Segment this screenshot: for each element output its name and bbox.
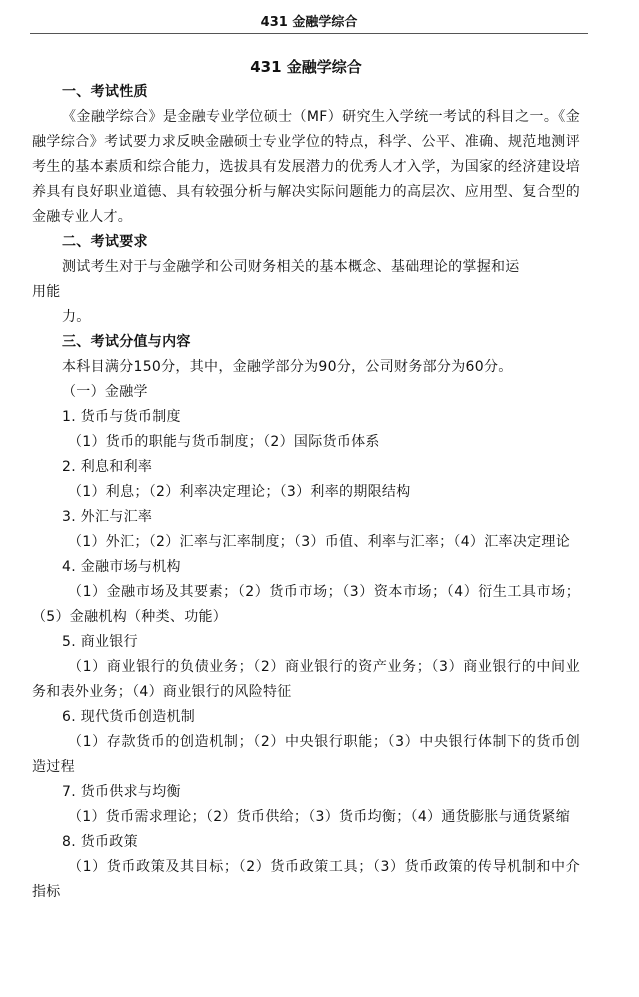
requirements-line-1: 测试考生对于与金融学和公司财务相关的基本概念、基础理论的掌握和运 <box>32 255 580 280</box>
topic-content: （1）货币需求理论；（2）货币供给；（3）货币均衡；（4）通货膨胀与通货紧缩 <box>32 805 580 830</box>
topic-title: 2. 利息和利率 <box>32 455 580 480</box>
topic-content: （1）存款货币的创造机制；（2）中央银行职能；（3）中央银行体制下的货币创造过程 <box>32 730 580 780</box>
topic-title: 4. 金融市场与机构 <box>32 555 580 580</box>
header-divider <box>30 33 588 34</box>
topic-content: （1）外汇；（2）汇率与汇率制度；（3）币值、利率与汇率；（4）汇率决定理论 <box>32 530 580 555</box>
running-header: 431 金融学综合 <box>30 11 588 30</box>
topic-content: （1）货币政策及其目标；（2）货币政策工具；（3）货币政策的传导机制和中介指标 <box>32 855 580 905</box>
topic-content: （1）商业银行的负债业务；（2）商业银行的资产业务；（3）商业银行的中间业务和表… <box>32 655 580 705</box>
topic-content: （1）货币的职能与货币制度；（2）国际货币体系 <box>32 430 580 455</box>
topic-title: 3. 外汇与汇率 <box>32 505 580 530</box>
requirements-line-2: 用能 <box>32 280 580 305</box>
topic-title: 6. 现代货币创造机制 <box>32 705 580 730</box>
requirements-line-3: 力。 <box>32 305 580 330</box>
section-paragraph-nature: 《金融学综合》是金融专业学位硕士（MF）研究生入学统一考试的科目之一。《金融学综… <box>32 105 580 230</box>
topic-content: （1）利息；（2）利率决定理论；（3）利率的期限结构 <box>32 480 580 505</box>
document-title: 431 金融学综合 <box>32 55 580 80</box>
score-note: 本科目满分150分，其中，金融学部分为90分，公司财务部分为60分。 <box>32 355 580 380</box>
topic-title: 7. 货币供求与均衡 <box>32 780 580 805</box>
topic-content: （1）金融市场及其要素；（2）货币市场；（3）资本市场；（4）衍生工具市场；（5… <box>32 580 580 630</box>
topic-title: 8. 货币政策 <box>32 830 580 855</box>
section-heading-nature: 一、考试性质 <box>32 80 580 105</box>
section-heading-requirements: 二、考试要求 <box>32 230 580 255</box>
document-body: 431 金融学综合 一、考试性质 《金融学综合》是金融专业学位硕士（MF）研究生… <box>32 55 580 905</box>
topic-title: 1. 货币与货币制度 <box>32 405 580 430</box>
section-heading-scores: 三、考试分值与内容 <box>32 330 580 355</box>
topic-title: 5. 商业银行 <box>32 630 580 655</box>
part-heading-finance: （一）金融学 <box>32 380 580 405</box>
